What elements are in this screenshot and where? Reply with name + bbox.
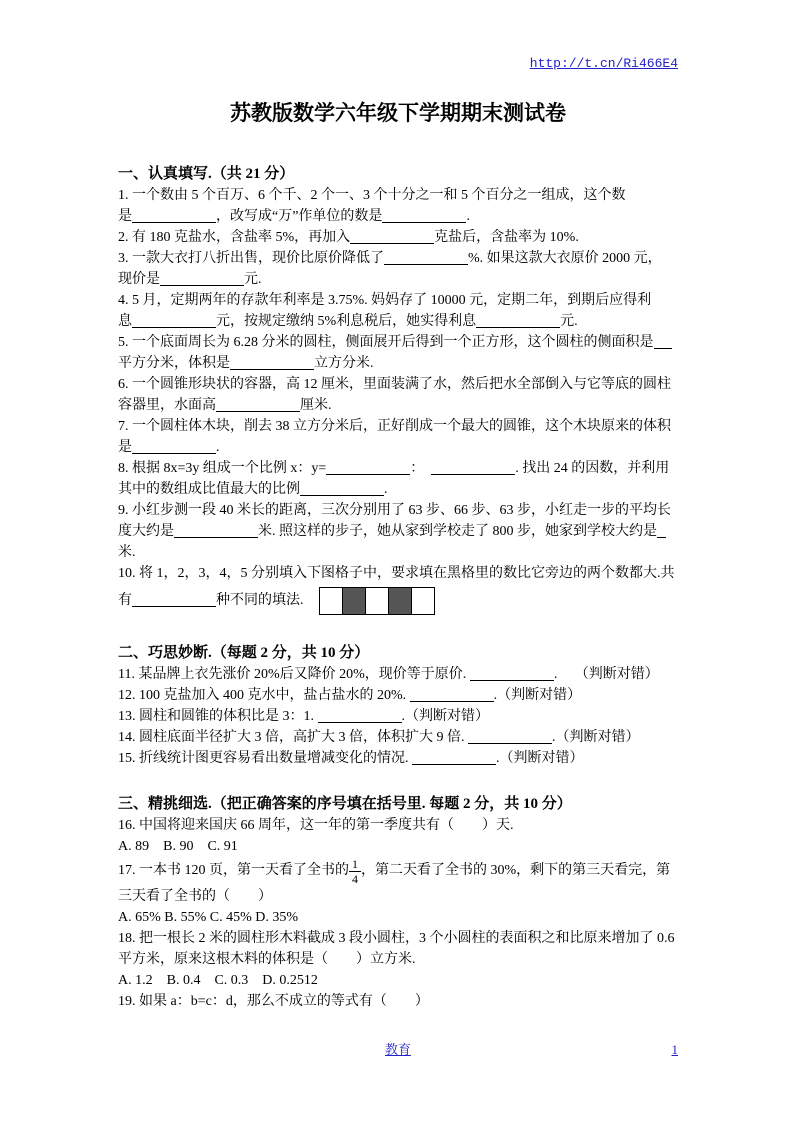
answer-blank (300, 481, 384, 496)
answer-blank (132, 313, 216, 328)
test-body: 一、认真填写.（共 21 分）1. 一个数由 5 个百万、6 个千、2 个一、3… (118, 164, 678, 1012)
document-page: http://t.cn/Ri466E4 苏教版数学六年级下学期期末测试卷 一、认… (0, 0, 793, 1122)
grid-cell-dark (388, 587, 412, 615)
text-line: 5. 一个底面周长为 6.28 分米的圆柱，侧面展开后得到一个正方形，这个圆柱的… (118, 332, 678, 353)
text-line: 三天看了全书的（ ） (118, 886, 678, 907)
text-line: 容器里，水面高厘米. (118, 395, 678, 416)
text-line: 19. 如果 a：b=c：d，那么不成立的等式有（ ） (118, 991, 678, 1012)
answer-blank (431, 460, 515, 475)
answer-blank (654, 334, 672, 349)
text-line: 15. 折线统计图更容易看出数量增减变化的情况. .（判断对错） (118, 748, 678, 769)
answer-blank (160, 271, 244, 286)
text-line: A. 89 B. 90 C. 91 (118, 836, 678, 857)
text-line: 息元，按规定缴纳 5%利息税后，她实得利息元. (118, 311, 678, 332)
text-line: 其中的数组成比值最大的比例. (118, 479, 678, 500)
answer-blank (382, 208, 466, 223)
page-footer: 教育 1 (118, 1041, 678, 1058)
header-url-link[interactable]: http://t.cn/Ri466E4 (530, 56, 678, 71)
grid-cell (319, 587, 343, 615)
answer-blank (476, 313, 560, 328)
section-heading: 三、精挑细选.（把正确答案的序号填在括号里. 每题 2 分，共 10 分） (118, 794, 678, 815)
answer-blank (384, 250, 468, 265)
footer-education-link[interactable]: 教育 (385, 1042, 411, 1057)
text-line: 18. 把一根长 2 米的圆柱形木料截成 3 段小圆柱，3 个小圆柱的表面积之和… (118, 928, 678, 949)
text-line: 是，改写成“万”作单位的数是. (118, 206, 678, 227)
answer-blank (350, 229, 434, 244)
text-line: 3. 一款大衣打八折出售，现价比原价降低了%. 如果这款大衣原价 2000 元， (118, 248, 678, 269)
answer-blank (216, 397, 300, 412)
text-line: 11. 某品牌上衣先涨价 20%后又降价 20%，现价等于原价. . （判断对错… (118, 664, 678, 685)
text-line: 7. 一个圆柱体木块，削去 38 立方分米后，正好削成一个最大的圆锥，这个木块原… (118, 416, 678, 437)
text-line: 17. 一本书 120 页，第一天看了全书的14，第二天看了全书的 30%，剩下… (118, 857, 678, 886)
page-title: 苏教版数学六年级下学期期末测试卷 (118, 101, 678, 126)
test-section: 三、精挑细选.（把正确答案的序号填在括号里. 每题 2 分，共 10 分）16.… (118, 794, 678, 1012)
text-line: 现价是元. (118, 269, 678, 290)
text-line: 4. 5 月，定期两年的存款年利率是 3.75%. 妈妈存了 10000 元，定… (118, 290, 678, 311)
text-line: 平方分米，体积是立方分米. (118, 353, 678, 374)
test-section: 一、认真填写.（共 21 分）1. 一个数由 5 个百万、6 个千、2 个一、3… (118, 164, 678, 618)
answer-blank (174, 523, 258, 538)
text-line: 有种不同的填法. (118, 584, 678, 618)
text-line: 1. 一个数由 5 个百万、6 个千、2 个一、3 个十分之一和 5 个百分之一… (118, 185, 678, 206)
section-heading: 一、认真填写.（共 21 分） (118, 164, 678, 185)
text-line: 13. 圆柱和圆锥的体积比是 3：1. .（判断对错） (118, 706, 678, 727)
answer-blank (326, 460, 410, 475)
text-line: A. 65% B. 55% C. 45% D. 35% (118, 907, 678, 928)
text-line: A. 1.2 B. 0.4 C. 0.3 D. 0.2512 (118, 970, 678, 991)
answer-blank (132, 592, 216, 607)
section-heading: 二、巧思妙断.（每题 2 分，共 10 分） (118, 643, 678, 664)
answer-blank (318, 708, 402, 723)
text-line: 2. 有 180 克盐水，含盐率 5%，再加入克盐后，含盐率为 10%. (118, 227, 678, 248)
text-line: 12. 100 克盐加入 400 克水中，盐占盐水的 20%. .（判断对错） (118, 685, 678, 706)
text-line: 6. 一个圆锥形块状的容器，高 12 厘米，里面装满了水，然后把水全部倒入与它等… (118, 374, 678, 395)
document-content: 苏教版数学六年级下学期期末测试卷 一、认真填写.（共 21 分）1. 一个数由 … (0, 0, 793, 1012)
text-line: 9. 小红步测一段 40 米长的距离，三次分别用了 63 步、66 步、63 步… (118, 500, 678, 521)
text-line: 8. 根据 8x=3y 组成一个比例 x：y=： . 找出 24 的因数，并利用 (118, 458, 678, 479)
text-line: 度大约是米. 照这样的步子，她从家到学校走了 800 步，她家到学校大约是 (118, 521, 678, 542)
answer-blank (412, 750, 496, 765)
test-section: 二、巧思妙断.（每题 2 分，共 10 分）11. 某品牌上衣先涨价 20%后又… (118, 643, 678, 769)
answer-blank (132, 208, 216, 223)
text-line: 16. 中国将迎来国庆 66 周年，这一年的第一季度共有（ ）天. (118, 815, 678, 836)
answer-blank (657, 523, 666, 538)
answer-blank (132, 439, 216, 454)
grid-cell-dark (342, 587, 366, 615)
text-line: 14. 圆柱底面半径扩大 3 倍，高扩大 3 倍，体积扩大 9 倍. .（判断对… (118, 727, 678, 748)
grid-cell (411, 587, 435, 615)
footer-page-number-link[interactable]: 1 (672, 1041, 679, 1058)
text-line: 米. (118, 542, 678, 563)
grid-cell (365, 587, 389, 615)
answer-blank (230, 355, 314, 370)
text-line: 10. 将 1，2，3，4，5 分别填入下图格子中，要求填在黑格里的数比它旁边的… (118, 563, 678, 584)
text-line: 是. (118, 437, 678, 458)
answer-blank (468, 729, 552, 744)
answer-blank (470, 666, 554, 681)
number-grid (319, 587, 435, 615)
text-line: 平方米，原来这根木料的体积是（ ）立方米. (118, 949, 678, 970)
answer-blank (410, 687, 494, 702)
fraction: 14 (349, 857, 361, 886)
